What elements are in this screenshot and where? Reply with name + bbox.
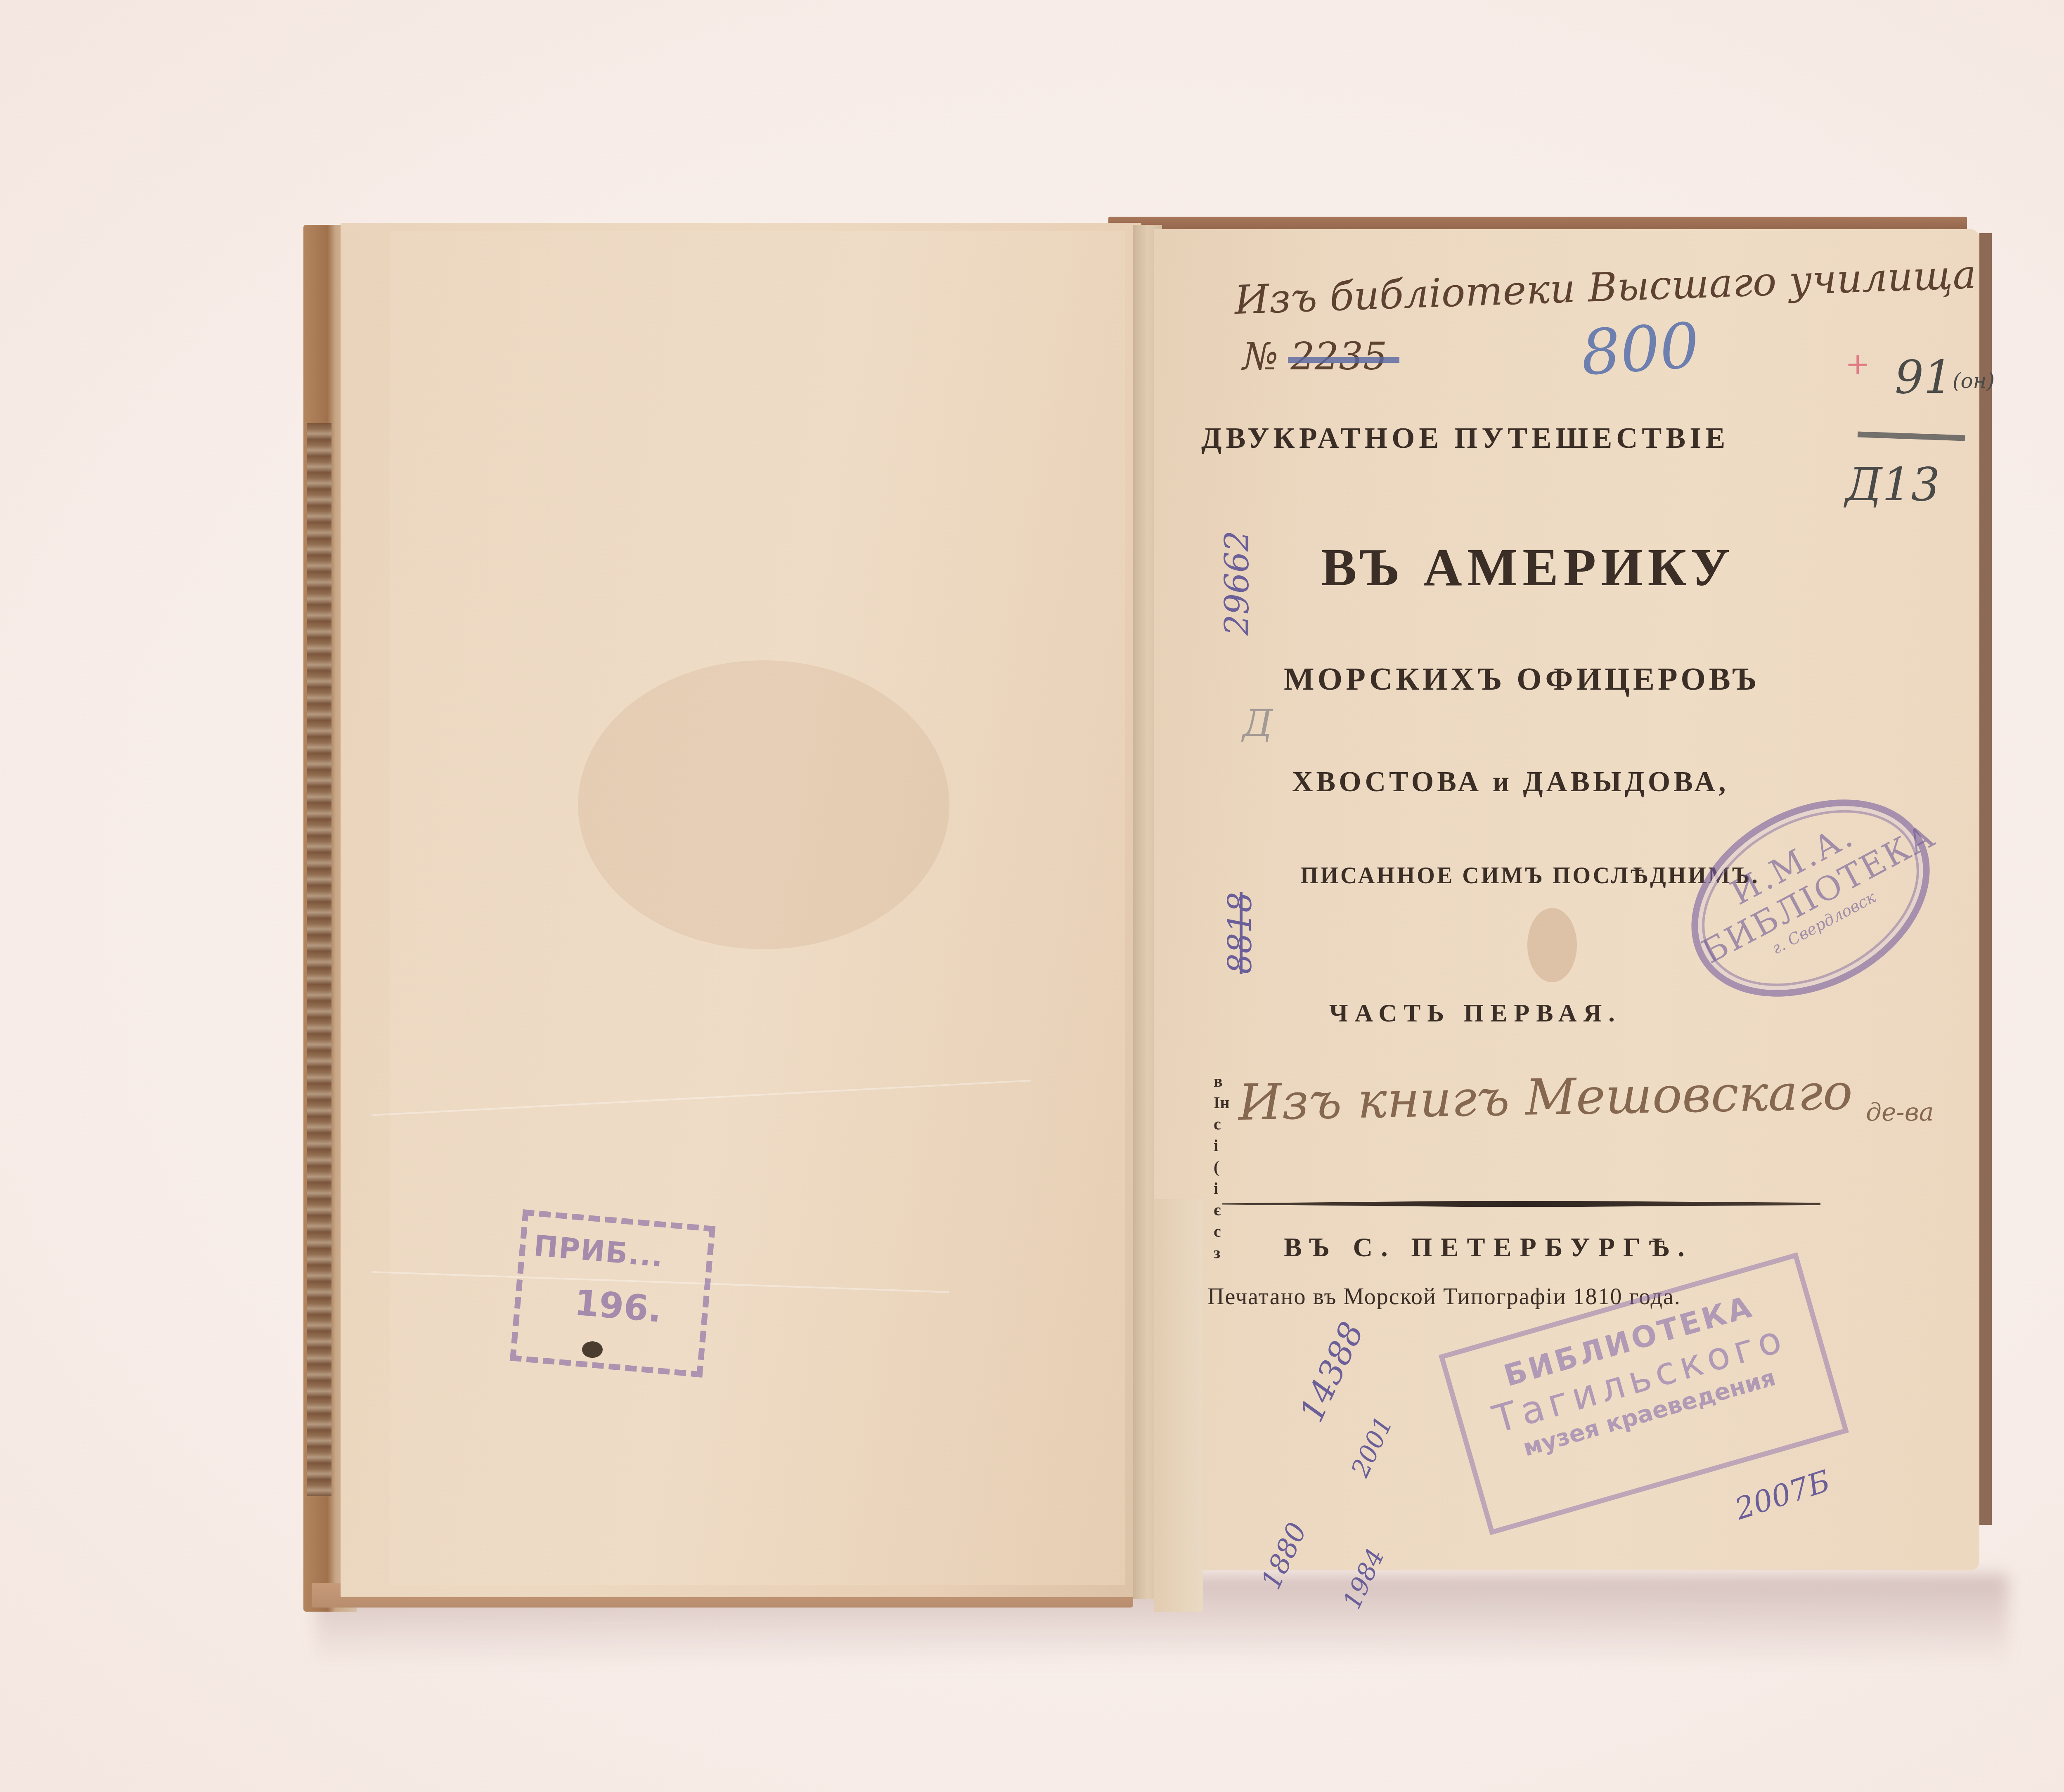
acquisition-stamp-number: 196. <box>573 1282 663 1331</box>
owner-inscription: Изъ книгъ Мешовскаго <box>1238 1064 1853 1132</box>
right-cover-edge <box>1979 233 1992 1525</box>
title-line-2: ВЪ АМЕРИКУ <box>1321 537 1735 598</box>
torn-page-edge <box>1154 1199 1203 1612</box>
part-label: ЧАСТЬ ПЕРВАЯ. <box>1329 999 1621 1028</box>
marbled-spine <box>307 423 331 1496</box>
faint-pencil-mark: Д <box>1243 702 1273 745</box>
blue-pencil-number: 800 <box>1579 310 1702 390</box>
title-line-5: ПИСАННОЕ СИМЪ ПОСЛѢДНИМЪ. <box>1300 863 1760 889</box>
ink-blot <box>582 1341 603 1358</box>
margin-letter: Ін <box>1214 1095 1230 1111</box>
title-line-3: МОРСКИХЪ ОФИЦЕРОВЪ <box>1284 660 1760 697</box>
old-inventory-number: № 2235 <box>1243 334 1387 378</box>
owner-inscription-tail: де-ва <box>1866 1098 1934 1127</box>
shelf-mark-top: 91(он) <box>1895 351 1995 404</box>
number-label: № <box>1243 334 1278 378</box>
margin-letter: с <box>1214 1223 1230 1240</box>
shelf-mark-number: 91 <box>1895 351 1953 404</box>
title-line-1: ДВУКРАТНОЕ ПУТЕШЕСТВІЕ <box>1201 421 1729 455</box>
paper-stain <box>578 660 949 949</box>
margin-letter: з <box>1214 1245 1230 1261</box>
shelf-mark-bottom: Д13 <box>1845 458 1940 511</box>
vertical-inventory-number: 29662 <box>1218 531 1256 636</box>
strikethrough-line <box>1288 357 1399 363</box>
title-line-4: ХВОСТОВА и ДАВЫДОВА, <box>1292 766 1729 799</box>
margin-letter: є <box>1214 1202 1230 1218</box>
margin-letter: і <box>1214 1180 1230 1197</box>
margin-letter: в <box>1214 1073 1230 1090</box>
acquisition-stamp-label: ПРИБ... <box>533 1229 665 1274</box>
margin-letter: ( <box>1214 1159 1230 1175</box>
margin-letter: і <box>1214 1137 1230 1154</box>
facing-page-margin-letters: в Ін с і ( і є с з <box>1214 1073 1230 1261</box>
imprint-city: ВЪ С. ПЕТЕРБУРГѢ. <box>1284 1232 1693 1263</box>
crossed-out-number: 8818 <box>1222 892 1259 974</box>
old-number: 2235 <box>1290 334 1387 378</box>
paper-stain <box>1527 908 1577 982</box>
red-cross-mark: + <box>1845 347 1870 381</box>
acquisition-stamp: ПРИБ... 196. <box>510 1209 715 1377</box>
margin-letter: с <box>1214 1116 1230 1132</box>
shelf-mark-suffix: (он) <box>1953 369 1995 393</box>
